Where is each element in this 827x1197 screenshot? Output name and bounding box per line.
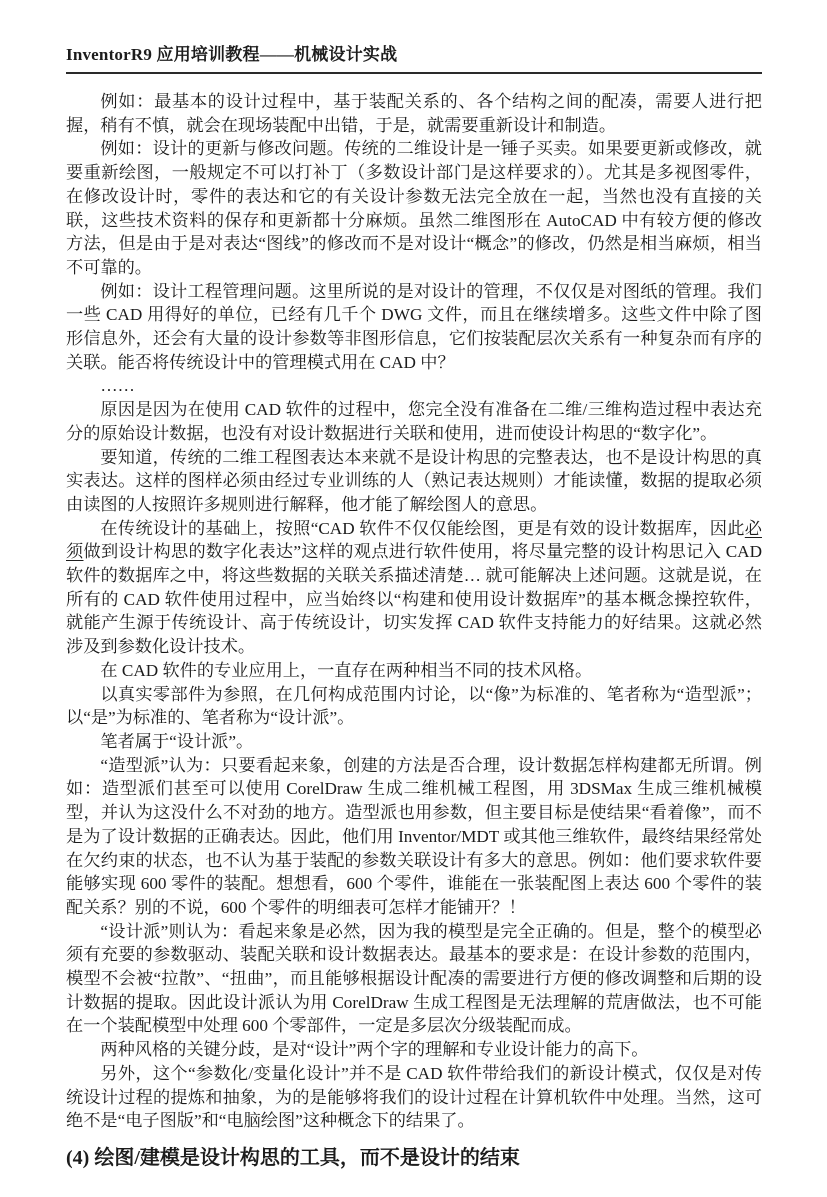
paragraph: 例如：设计的更新与修改问题。传统的二维设计是一锤子买卖。如果要更新或修改，就要重… — [66, 137, 762, 279]
body-text: 例如：最基本的设计过程中，基于装配关系的、各个结构之间的配凑，需要人进行把握，稍… — [66, 90, 762, 1172]
paragraph: 笔者属于“设计派”。 — [66, 730, 762, 754]
paragraph: 在传统设计的基础上，按照“CAD 软件不仅仅能绘图，更是有效的设计数据库，因此必… — [66, 517, 762, 659]
paragraph: 例如：最基本的设计过程中，基于装配关系的、各个结构之间的配凑，需要人进行把握，稍… — [66, 90, 762, 137]
document-page: InventorR9 应用培训教程——机械设计实战 例如：最基本的设计过程中，基… — [0, 0, 827, 1197]
paragraph: 例如：设计工程管理问题。这里所说的是对设计的管理，不仅仅是对图纸的管理。我们一些… — [66, 280, 762, 375]
paragraph: 在 CAD 软件的专业应用上，一直存在两种相当不同的技术风格。 — [66, 659, 762, 683]
paragraph: “设计派”则认为：看起来象是必然，因为我的模型是完全正确的。但是，整个的模型必须… — [66, 920, 762, 1039]
body-paragraphs: 例如：最基本的设计过程中，基于装配关系的、各个结构之间的配凑，需要人进行把握，稍… — [66, 90, 762, 1133]
paragraph: 两种风格的关键分歧，是对“设计”两个字的理解和专业设计能力的高下。 — [66, 1038, 762, 1062]
paragraph: 原因是因为在使用 CAD 软件的过程中，您完全没有准备在二维/三维构造过程中表达… — [66, 398, 762, 445]
paragraph: …… — [66, 374, 762, 398]
page-header: InventorR9 应用培训教程——机械设计实战 — [66, 40, 762, 74]
page-footer: 9 — [0, 1148, 827, 1165]
paragraph: 另外，这个“参数化/变量化设计”并不是 CAD 软件带给我们的新设计模式，仅仅是… — [66, 1062, 762, 1133]
paragraph: 以真实零部件为参照，在几何构成范围内讨论，以“像”为标准的、笔者称为“造型派”；… — [66, 683, 762, 730]
page-number: 9 — [410, 1148, 418, 1164]
paragraph: “造型派”认为：只要看起来象，创建的方法是否合理，设计数据怎样构建都无所谓。例如… — [66, 754, 762, 920]
paragraph: 要知道，传统的二维工程图表达本来就不是设计构思的完整表达，也不是设计构思的真实表… — [66, 446, 762, 517]
header-title: InventorR9 应用培训教程——机械设计实战 — [66, 45, 397, 64]
